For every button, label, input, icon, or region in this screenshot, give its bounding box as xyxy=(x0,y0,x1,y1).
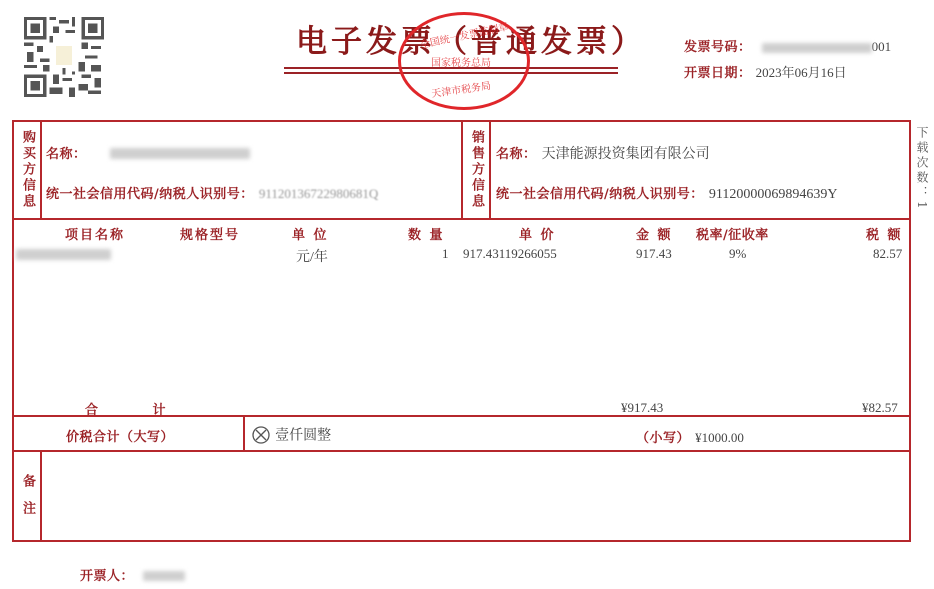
seller-section-label: 销售方信息 xyxy=(467,130,486,210)
buyer-name-row: 名称： xyxy=(46,143,250,162)
buyer-name-redacted xyxy=(110,148,250,159)
totals-amount: ¥917.43 xyxy=(621,400,663,416)
remarks-content xyxy=(44,454,906,538)
invoice-date-label: 开票日期： xyxy=(684,66,752,81)
seal-middle-text: 国家税务总局 xyxy=(431,54,491,69)
buyer-name-label: 名称： xyxy=(46,147,87,162)
total-small-label: （小写） xyxy=(636,431,690,446)
invoice-number-suffix: 001 xyxy=(872,39,892,54)
col-header-spec: 规格型号 xyxy=(180,224,240,243)
amount-divider xyxy=(12,450,911,452)
tax-bureau-seal: 全国统一发票监制章 国家税务总局 天津市税务局 xyxy=(398,12,530,110)
issuer-label: 开票人： xyxy=(80,569,134,584)
invoice-date-row: 开票日期： 2023年06月16日 xyxy=(684,62,891,88)
seller-tax-id-row: 统一社会信用代码/纳税人识别号： 91120000069894639Y xyxy=(496,183,837,203)
buyer-label-divider xyxy=(40,120,42,218)
item-tax: 82.57 xyxy=(873,246,902,262)
table-border-left xyxy=(12,120,14,542)
invoice-number-redacted xyxy=(762,43,872,53)
item-quantity: 1 xyxy=(442,246,449,262)
seller-tax-id: 91120000069894639Y xyxy=(709,187,838,202)
issuer-name-redacted xyxy=(143,571,185,581)
total-caps-value: 壹仟圆整 xyxy=(275,429,331,444)
remarks-label: 备注 xyxy=(18,474,37,528)
table-border-bottom xyxy=(12,540,911,542)
col-header-amount: 金 额 xyxy=(636,224,673,243)
download-count: 下载次数：1 xyxy=(914,126,931,212)
qr-code xyxy=(24,17,104,97)
col-header-quantity: 数 量 xyxy=(408,224,445,243)
invoice-meta: 发票号码： 001 开票日期： 2023年06月16日 xyxy=(684,36,891,88)
seller-name: 天津能源投资集团有限公司 xyxy=(542,147,710,162)
seal-bottom-text: 天津市税务局 xyxy=(430,77,492,100)
item-name-redacted xyxy=(16,249,111,260)
col-header-tax-rate: 税率/征收率 xyxy=(696,224,769,243)
seller-label-divider xyxy=(489,120,491,218)
totals-tax: ¥82.57 xyxy=(862,400,898,416)
buyer-section-label: 购买方信息 xyxy=(18,130,37,210)
seller-tax-id-label: 统一社会信用代码/纳税人识别号： xyxy=(496,187,704,202)
caps-divider xyxy=(243,415,245,450)
item-amount: 917.43 xyxy=(636,246,672,262)
seller-name-row: 名称： 天津能源投资集团有限公司 xyxy=(496,143,710,163)
table-border-right xyxy=(909,120,911,542)
seller-name-label: 名称： xyxy=(496,147,537,162)
buyer-tax-id: 91120136722980681Q xyxy=(259,186,378,201)
invoice-number-label: 发票号码： xyxy=(684,40,752,55)
totals-label: 合 计 xyxy=(85,399,166,418)
item-unit: 元/年 xyxy=(296,246,328,266)
seal-top-text: 全国统一发票监制章 xyxy=(418,18,509,51)
col-header-unit: 单 位 xyxy=(292,224,329,243)
total-small-value: ¥1000.00 xyxy=(695,430,744,445)
buyer-tax-id-row: 统一社会信用代码/纳税人识别号： 91120136722980681Q xyxy=(46,183,378,202)
buyer-tax-id-label: 统一社会信用代码/纳税人识别号： xyxy=(46,187,254,202)
party-divider xyxy=(12,218,911,220)
col-header-item-name: 项目名称 xyxy=(65,224,125,243)
total-caps-label: 价税合计（大写） xyxy=(66,426,174,445)
invoice-number-row: 发票号码： 001 xyxy=(684,36,891,62)
total-small-row: （小写） ¥1000.00 xyxy=(636,427,744,446)
item-tax-rate: 9% xyxy=(729,246,746,262)
item-unit-price: 917.43119266055 xyxy=(463,246,557,262)
issuer-row: 开票人： xyxy=(80,565,185,584)
total-caps-row: 壹仟圆整 xyxy=(252,424,331,445)
invoice-date: 2023年06月16日 xyxy=(756,65,847,80)
col-header-tax: 税 额 xyxy=(866,224,903,243)
remarks-label-divider xyxy=(40,450,42,540)
col-header-unit-price: 单 价 xyxy=(519,224,556,243)
buyer-seller-divider xyxy=(461,120,463,218)
cross-circle-icon xyxy=(252,426,270,444)
